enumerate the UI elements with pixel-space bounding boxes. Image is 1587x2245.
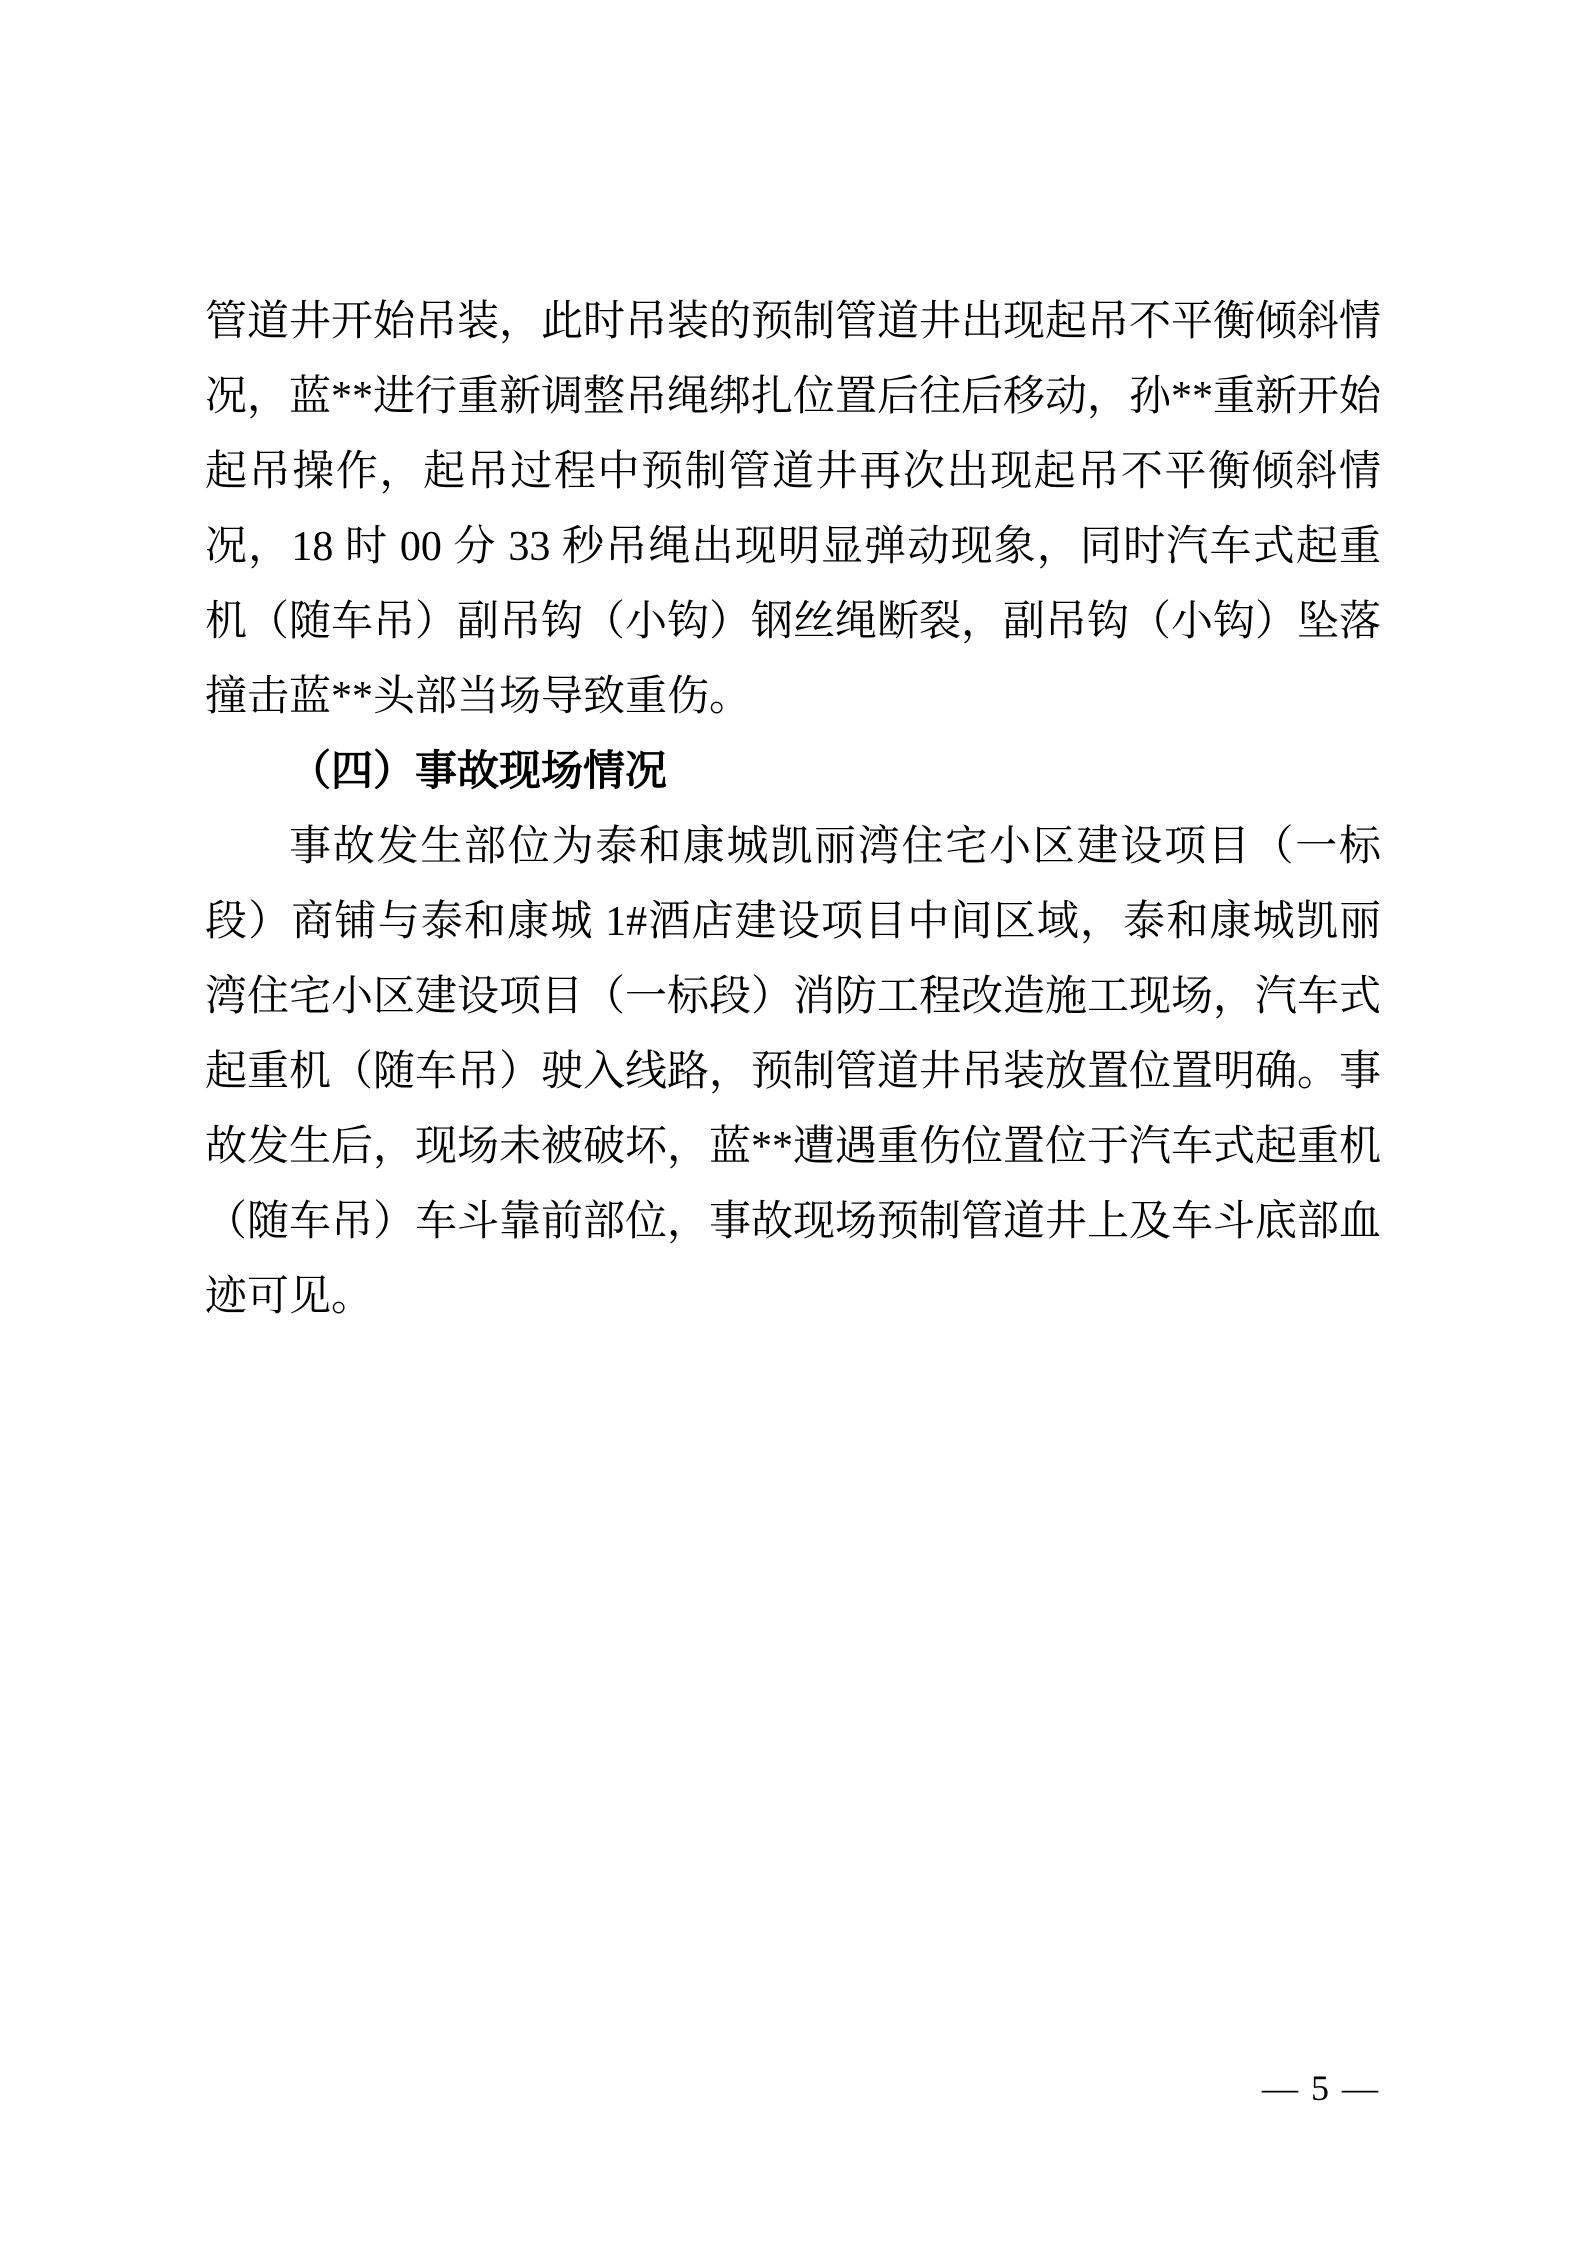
body-line: 段）商铺与泰和康城 1#酒店建设项目中间区域，泰和康城凯丽 [205, 885, 1381, 960]
body-line: 起吊操作，起吊过程中预制管道井再次出现起吊不平衡倾斜情 [205, 435, 1381, 510]
body-line: （随车吊）车斗靠前部位，事故现场预制管道井上及车斗底部血 [205, 1185, 1381, 1260]
section-heading: （四）事故现场情况 [205, 735, 1381, 810]
body-line: 起重机（随车吊）驶入线路，预制管道井吊装放置位置明确。事 [205, 1035, 1381, 1110]
body-line: 撞击蓝**头部当场导致重伤。 [205, 660, 1381, 735]
body-line: 机（随车吊）副吊钩（小钩）钢丝绳断裂，副吊钩（小钩）坠落 [205, 585, 1381, 660]
body-line: 故发生后，现场未被破坏，蓝**遭遇重伤位置位于汽车式起重机 [205, 1110, 1381, 1185]
document-body: 管道井开始吊装，此时吊装的预制管道井出现起吊不平衡倾斜情 况，蓝**进行重新调整… [205, 285, 1381, 1335]
page-number: — 5 — [1262, 2066, 1380, 2110]
body-line: 湾住宅小区建设项目（一标段）消防工程改造施工现场，汽车式 [205, 960, 1381, 1035]
body-line: 况，蓝**进行重新调整吊绳绑扎位置后往后移动，孙**重新开始 [205, 360, 1381, 435]
body-line: 管道井开始吊装，此时吊装的预制管道井出现起吊不平衡倾斜情 [205, 285, 1381, 360]
document-page: 管道井开始吊装，此时吊装的预制管道井出现起吊不平衡倾斜情 况，蓝**进行重新调整… [0, 0, 1587, 2245]
body-line: 事故发生部位为泰和康城凯丽湾住宅小区建设项目（一标 [205, 810, 1381, 885]
body-line: 迹可见。 [205, 1260, 1381, 1335]
body-line: 况，18 时 00 分 33 秒吊绳出现明显弹动现象，同时汽车式起重 [205, 510, 1381, 585]
